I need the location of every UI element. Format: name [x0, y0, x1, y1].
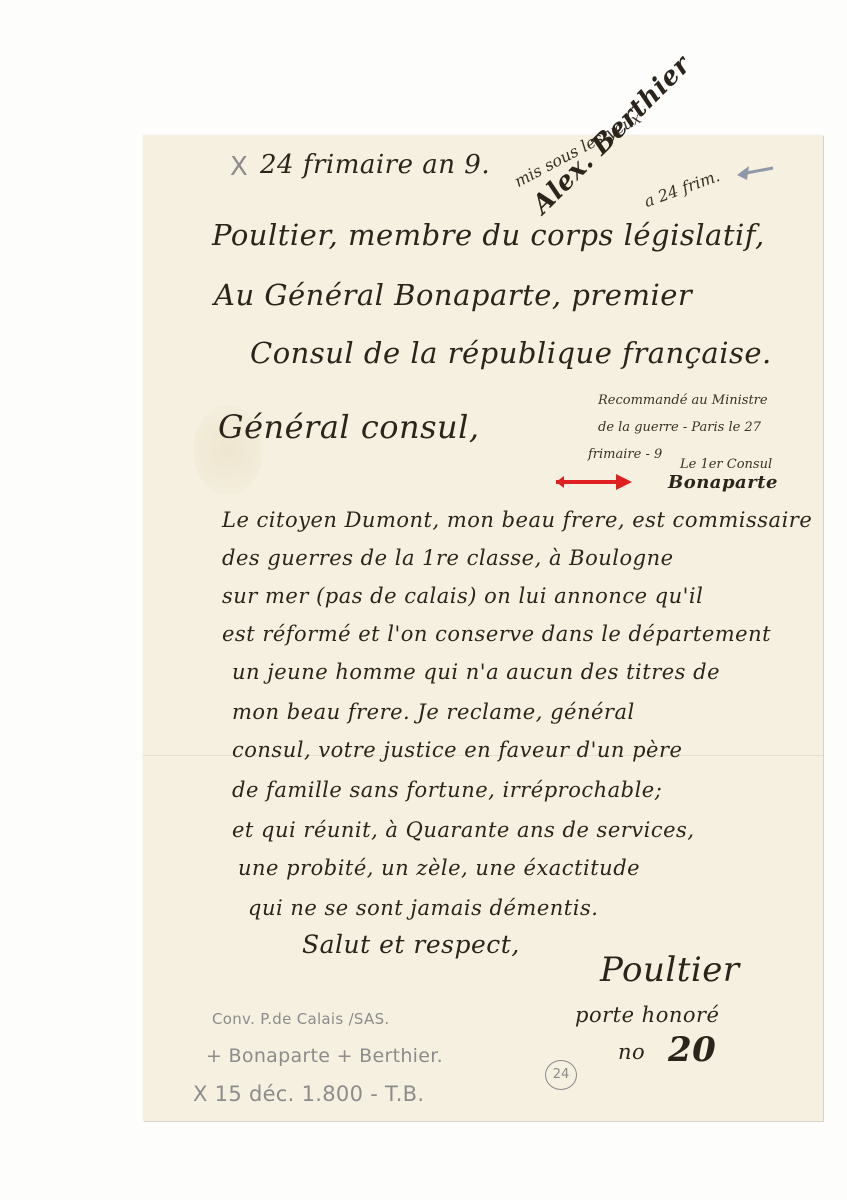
footer-address-no: no: [618, 1040, 645, 1064]
body-line-10: une probité, un zèle, une éxactitude: [238, 856, 640, 880]
address-line-2: Au Général Bonaparte, premier: [214, 278, 692, 312]
body-line-5: un jeune homme qui n'a aucun des titres …: [232, 660, 720, 684]
body-line-2: des guerres de la 1re classe, à Boulogne: [222, 546, 674, 570]
margin-note-right-line1: Recommandé au Ministre: [598, 393, 768, 408]
body-line-3: sur mer (pas de calais) on lui annonce q…: [222, 584, 703, 608]
address-line-1: Poultier, membre du corps législatif,: [212, 218, 765, 252]
body-line-11: qui ne se sont jamais démentis.: [248, 896, 598, 920]
date-mark: X: [230, 152, 248, 182]
margin-note-right-line4: Le 1er Consul: [680, 457, 772, 472]
signature: Poultier: [600, 950, 740, 990]
body-line-1: Le citoyen Dumont, mon beau frere, est c…: [222, 508, 812, 532]
closing: Salut et respect,: [302, 930, 520, 959]
margin-note-right-signature: Bonaparte: [668, 472, 778, 493]
body-line-9: et qui réunit, à Quarante ans de service…: [232, 818, 695, 842]
salutation: Général consul,: [218, 408, 480, 446]
letter-date: 24 frimaire an 9.: [260, 150, 490, 180]
address-line-3: Consul de la république française.: [250, 336, 772, 370]
body-line-4: est réformé et l'on conserve dans le dép…: [222, 622, 771, 646]
archival-note-line-2: + Bonaparte + Berthier.: [206, 1045, 443, 1067]
grey-arrow-icon: [735, 160, 775, 184]
margin-note-right-line2: de la guerre - Paris le 27: [598, 420, 761, 435]
body-line-8: de famille sans fortune, irréprochable;: [232, 778, 662, 802]
red-arrow-icon: [554, 472, 634, 492]
archival-note-line-1: Conv. P.de Calais /SAS.: [212, 1010, 389, 1028]
margin-note-right-line3: frimaire - 9: [588, 447, 662, 462]
footer-address-line-1: porte honoré: [575, 1003, 719, 1027]
body-line-6: mon beau frere. Je reclame, général: [232, 700, 635, 724]
archival-note-line-3: X 15 déc. 1.800 - T.B.: [193, 1082, 424, 1106]
body-line-7: consul, votre justice en faveur d'un pèr…: [232, 738, 682, 762]
circled-page-number: 24: [545, 1060, 577, 1090]
footer-address-number: 20: [668, 1030, 716, 1070]
